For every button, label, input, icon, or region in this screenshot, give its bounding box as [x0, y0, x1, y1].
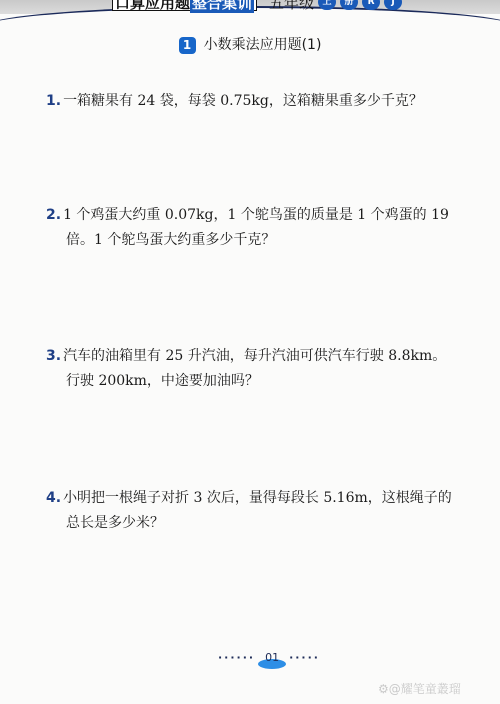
question-text: 一箱糖果有 24 袋，每袋 0.75kg，这箱糖果重多少千克？	[63, 93, 423, 109]
question-3: 3.汽车的油箱里有 25 升汽油，每升汽油可供汽车行驶 8.8km。 行驶 20…	[46, 344, 476, 394]
page-number: 01	[258, 651, 286, 664]
dotted-line: ······	[218, 651, 255, 664]
question-4: 4.小明把一根绳子对折 3 次后，量得每段长 5.16m，这根绳子的 总长是多少…	[46, 486, 476, 536]
series-title-main: 口算应用题	[115, 0, 190, 13]
volume-badge: 册	[340, 0, 358, 10]
question-text-continued: 总长是多少米？	[46, 511, 476, 536]
series-title: 口算应用题 整合集训	[112, 0, 257, 11]
page-footer: ······ 01 ·····	[218, 651, 320, 664]
volume-badge: 上	[318, 0, 336, 10]
question-number: 4.	[46, 490, 61, 506]
series-title-highlight: 整合集训	[190, 0, 254, 13]
question-number: 2.	[46, 207, 61, 223]
book-header: 口算应用题 整合集训 五年级 上 册 R J	[112, 0, 402, 10]
section-heading: 1小数乘法应用题(1)	[0, 34, 500, 54]
question-1: 1.一箱糖果有 24 袋，每袋 0.75kg，这箱糖果重多少千克？	[46, 89, 476, 114]
edition-badge: R	[362, 0, 380, 10]
question-number: 3.	[46, 348, 61, 364]
question-text: 汽车的油箱里有 25 升汽油，每升汽油可供汽车行驶 8.8km。	[63, 348, 446, 364]
grade-label: 五年级	[269, 0, 314, 13]
dotted-line: ·····	[289, 651, 320, 664]
edition-badge: J	[384, 0, 402, 10]
question-text: 小明把一根绳子对折 3 次后，量得每段长 5.16m，这根绳子的	[63, 490, 452, 506]
question-number: 1.	[46, 93, 61, 109]
question-text-continued: 倍。1 个鸵鸟蛋大约重多少千克？	[46, 228, 476, 253]
page-number-text: 01	[265, 651, 279, 664]
question-text-continued: 行驶 200km，中途要加油吗？	[46, 369, 476, 394]
question-2: 2.1 个鸡蛋大约重 0.07kg，1 个鸵鸟蛋的质量是 1 个鸡蛋的 19 倍…	[46, 203, 476, 253]
question-text: 1 个鸡蛋大约重 0.07kg，1 个鸵鸟蛋的质量是 1 个鸡蛋的 19	[63, 207, 449, 223]
watermark: ⚙@耀笔童叢瑠	[378, 680, 461, 697]
section-title: 小数乘法应用题(1)	[204, 37, 322, 53]
section-number-icon: 1	[179, 37, 196, 54]
